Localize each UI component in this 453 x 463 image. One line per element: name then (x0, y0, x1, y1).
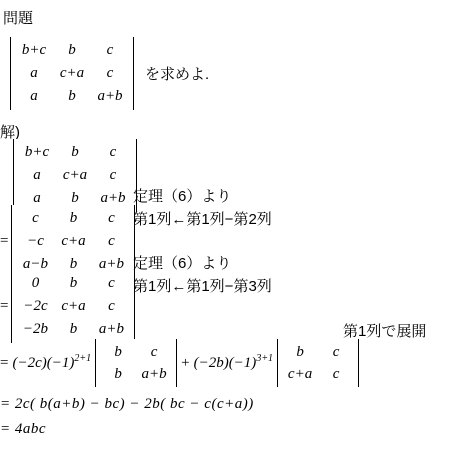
matrix-cell: c+a (59, 164, 91, 187)
coef2-base: (−2b)(−1) (194, 355, 257, 371)
matrix-cell: a (18, 62, 50, 85)
equals-sign: = (0, 298, 8, 315)
expansion-term1-coefficient: (−2c)(−1)2+1 (12, 355, 91, 372)
final-answer-line: = 4abc (0, 421, 46, 438)
problem-heading: 問題 (3, 7, 33, 28)
matrix-cell: c (95, 295, 127, 318)
matrix-cell: b+c (18, 39, 50, 62)
solution-step-1: b+cbcac+acaba+b (13, 139, 137, 212)
solution-step-3: = 0bc−2cc+ac−2bba+b (0, 270, 135, 343)
matrix-cell: a (21, 164, 53, 187)
matrix-cell: c+a (57, 230, 89, 253)
matrix-cell: c (97, 164, 129, 187)
solution-step-2: = cbc−cc+aca−bba+b (0, 205, 135, 278)
matrix-cell: c (321, 363, 351, 385)
plus-sign: + (181, 355, 189, 372)
matrix-cell: b (57, 207, 89, 230)
matrix-cell: a (18, 85, 50, 108)
problem-determinant: b+cbcac+acaba+b (10, 37, 134, 110)
step1-determinant: b+cbcac+acaba+b (13, 139, 137, 212)
matrix-cell: c+a (57, 295, 89, 318)
matrix-cell: c (95, 230, 127, 253)
matrix-cell: b (103, 363, 133, 385)
coef2-exponent: 3+1 (256, 353, 273, 364)
matrix-cell: c (97, 141, 129, 164)
matrix-cell: −2c (19, 295, 51, 318)
expansion-note: 第1列で展開 (343, 320, 426, 341)
equals-sign: = (0, 355, 8, 372)
matrix-cell: c (94, 62, 126, 85)
matrix-cell: b (59, 141, 91, 164)
matrix-cell: c (139, 341, 169, 363)
matrix-cell: b+c (21, 141, 53, 164)
matrix-cell: −2b (19, 318, 51, 341)
note2-line1: 定理（6）より (133, 252, 272, 275)
matrix-cell: −c (19, 230, 51, 253)
matrix-cell: b (57, 272, 89, 295)
matrix-cell: c (95, 207, 127, 230)
matrix-cell: c+a (56, 62, 88, 85)
minor-determinant-1: bcba+b (95, 339, 177, 387)
note1-line1: 定理（6）より (133, 185, 272, 208)
matrix-cell: c (321, 341, 351, 363)
theorem-note-1: 定理（6）より 第1列←第1列−第2列 (133, 185, 272, 231)
matrix-cell: b (57, 318, 89, 341)
matrix-cell: 0 (19, 272, 51, 295)
minor-determinant-2: bcc+ac (277, 339, 359, 387)
matrix-cell: b (56, 39, 88, 62)
matrix-cell: a+b (94, 85, 126, 108)
matrix-cell: b (103, 341, 133, 363)
note2-line2: 第1列←第1列−第3列 (133, 275, 272, 298)
matrix-cell: c (19, 207, 51, 230)
simplification-line: = 2c( b(a+b) − bc) − 2b( bc − c(c+a)) (0, 396, 254, 413)
matrix-cell: b (56, 85, 88, 108)
step3-determinant: 0bc−2cc+ac−2bba+b (11, 270, 135, 343)
problem-statement: b+cbcac+acaba+b を求めよ. (10, 37, 209, 110)
note1-line2: 第1列←第1列−第2列 (133, 208, 272, 231)
matrix-cell: b (285, 341, 315, 363)
equals-sign: = (0, 233, 8, 250)
matrix-cell: c (95, 272, 127, 295)
problem-suffix: を求めよ. (145, 63, 209, 84)
expansion-term2-coefficient: (−2b)(−1)3+1 (194, 355, 273, 372)
theorem-note-2: 定理（6）より 第1列←第1列−第3列 (133, 252, 272, 298)
step2-determinant: cbc−cc+aca−bba+b (11, 205, 135, 278)
coef1-base: (−2c)(−1) (12, 355, 74, 371)
matrix-cell: a+b (95, 318, 127, 341)
coef1-exponent: 2+1 (74, 353, 91, 364)
matrix-cell: a+b (139, 363, 169, 385)
cofactor-expansion-line: = (−2c)(−1)2+1 bcba+b + (−2b)(−1)3+1 bcc… (0, 339, 359, 387)
matrix-cell: c (94, 39, 126, 62)
matrix-cell: c+a (285, 363, 315, 385)
math-document-page: 問題 b+cbcac+acaba+b を求めよ. 解) b+cbcac+acab… (0, 0, 453, 463)
